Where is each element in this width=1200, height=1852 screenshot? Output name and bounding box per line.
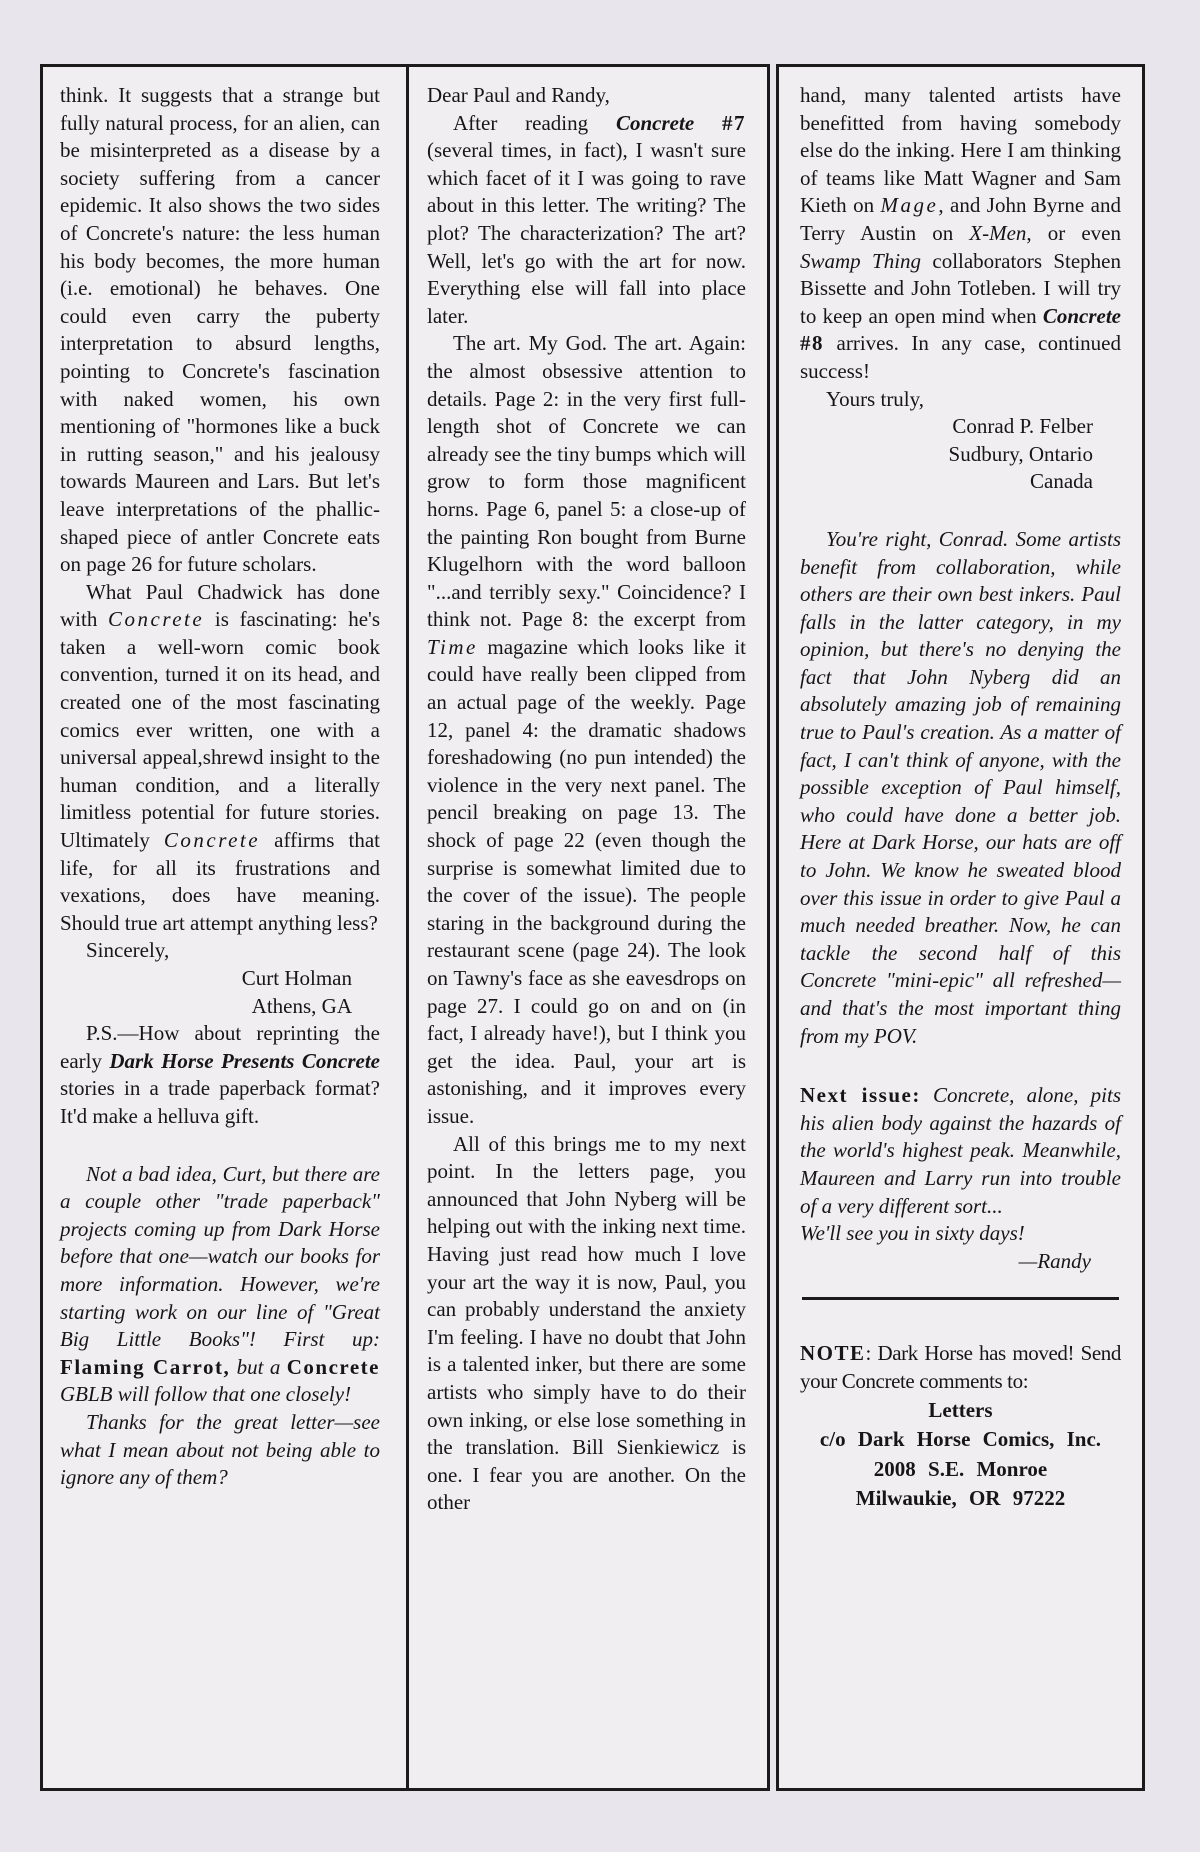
- paragraph: You're right, Conrad. Some artists benef…: [800, 526, 1121, 1050]
- spacer: [800, 496, 1121, 526]
- paragraph: The art. My God. The art. Again: the alm…: [427, 330, 746, 1130]
- paragraph: Not a bad idea, Curt, but there are a co…: [60, 1161, 380, 1409]
- address-line: c/o Dark Horse Comics, Inc.: [800, 1425, 1121, 1455]
- letters-columns-box-left: think. It suggests that a strange but fu…: [40, 64, 770, 1791]
- letters-column-3: hand, many talented artists have benefit…: [779, 67, 1142, 1788]
- divider-rule: [802, 1297, 1119, 1300]
- address-line: Milwaukie, OR 97222: [800, 1484, 1121, 1514]
- paragraph: Thanks for the great letter—see what I m…: [60, 1409, 380, 1492]
- signature-line: —Randy: [800, 1248, 1121, 1276]
- paragraph: All of this brings me to my next point. …: [427, 1131, 746, 1517]
- paragraph: hand, many talented artists have benefit…: [800, 82, 1121, 386]
- spacer: [60, 1131, 380, 1161]
- signature-line: Curt Holman: [60, 965, 380, 993]
- letters-columns-box-right: hand, many talented artists have benefit…: [776, 64, 1145, 1791]
- letters-column-1: think. It suggests that a strange but fu…: [43, 67, 409, 1788]
- letters-column-2: Dear Paul and Randy,After reading Concre…: [409, 67, 767, 1788]
- paragraph: P.S.—How about reprinting the early Dark…: [60, 1020, 380, 1130]
- paragraph: After reading Concrete #7 (several times…: [427, 110, 746, 331]
- spacer: [800, 1050, 1121, 1082]
- letters-page: { "page": { "background": "#e9e5ec", "pa…: [0, 0, 1200, 1852]
- paragraph: What Paul Chadwick has done with Concret…: [60, 579, 380, 938]
- signature-line: Sudbury, Ontario: [800, 441, 1121, 469]
- signature-line: Conrad P. Felber: [800, 413, 1121, 441]
- paragraph: We'll see you in sixty days!: [800, 1220, 1121, 1248]
- signature-line: Canada: [800, 468, 1121, 496]
- paragraph: Yours truly,: [800, 386, 1121, 414]
- paragraph: think. It suggests that a strange but fu…: [60, 82, 380, 579]
- paragraph: Next issue: Concrete, alone, pits his al…: [800, 1082, 1121, 1220]
- note-paragraph: NOTE: Dark Horse has moved! Send your Co…: [800, 1340, 1121, 1395]
- paragraph: Dear Paul and Randy,: [427, 82, 746, 110]
- signature-line: Athens, GA: [60, 993, 380, 1021]
- paragraph: Sincerely,: [60, 937, 380, 965]
- address-line: 2008 S.E. Monroe: [800, 1455, 1121, 1485]
- address-line: Letters: [800, 1396, 1121, 1426]
